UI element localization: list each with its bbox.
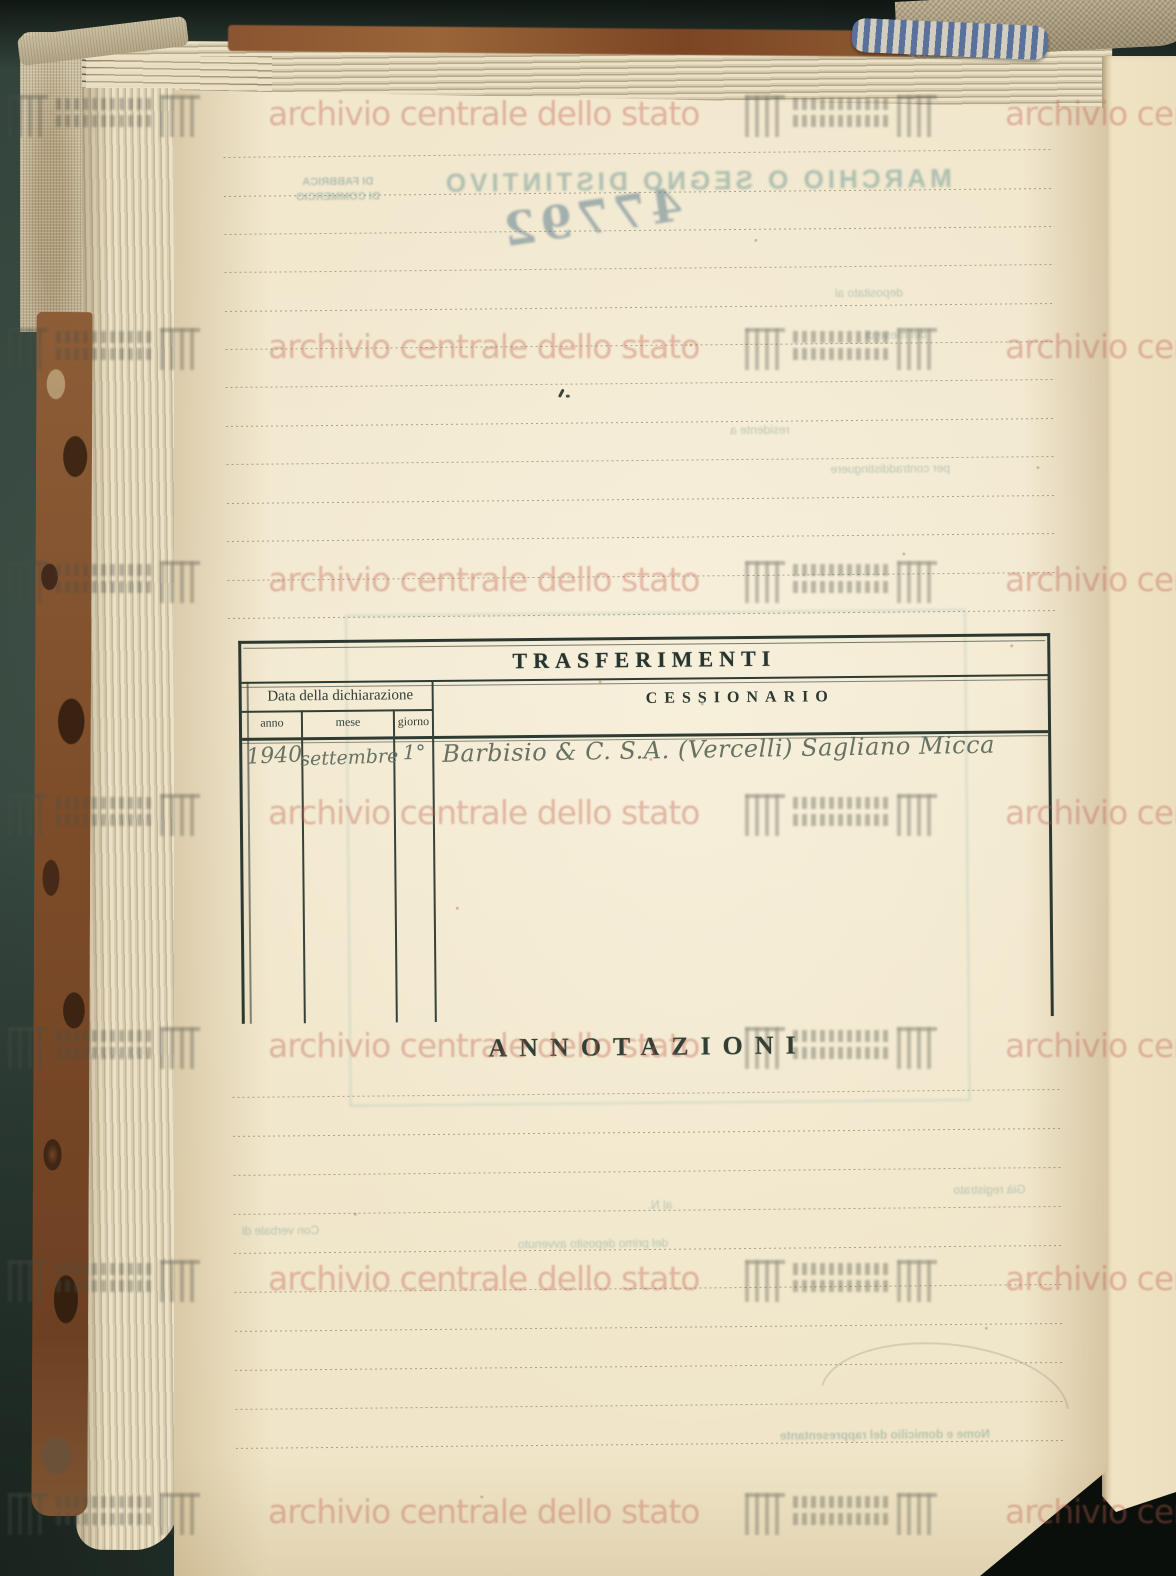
bleedthrough-label: residente a [730, 423, 790, 438]
cover-marbled-leather [31, 312, 92, 1516]
transfers-table-title: TRASFERIMENTI [241, 643, 1047, 677]
assignee-column-header: CESSIONARIO [433, 686, 1048, 710]
dotted-rule [225, 341, 1055, 351]
entry-month-handwritten: settembre [300, 745, 397, 770]
cover-cloth-corner [20, 32, 82, 332]
dotted-rule [689, 343, 692, 346]
page-content: MARCHIO O SEGNO DISTINTIVO DI FABBRICA D… [167, 80, 1115, 1576]
column-divider [432, 680, 437, 1022]
column-header-mese: mese [302, 714, 394, 730]
entry-day-handwritten: 1° [394, 740, 434, 764]
dotted-rule [224, 149, 1054, 159]
dotted-rule [227, 495, 1057, 505]
dotted-rule [225, 303, 1055, 313]
bleedthrough-subtitle: DI FABBRICA DI COMMERCIO [288, 174, 388, 205]
dotted-rule [233, 1167, 1063, 1177]
dotted-rule [235, 1323, 1065, 1333]
column-header-anno: anno [242, 715, 302, 731]
left-page-edges [76, 88, 182, 1550]
dotted-rule [227, 533, 1057, 543]
transfers-table: TRASFERIMENTI Data della dichiarazione C… [238, 633, 1054, 1024]
dotted-rule [233, 1128, 1063, 1138]
dotted-rule [902, 552, 905, 555]
dotted-rule [480, 1496, 483, 1499]
dotted-rule [985, 1327, 988, 1330]
declaration-date-header: Data della dichiarazione [248, 687, 433, 706]
column-header-giorno: giorno [394, 714, 433, 729]
archival-book-photo: MARCHIO O SEGNO DISTINTIVO DI FABBRICA D… [0, 0, 1176, 1576]
bleedthrough-label: per contraddistinguere [830, 461, 950, 476]
bleedthrough-title: MARCHIO O SEGNO DISTINTIVO [432, 163, 962, 199]
underlying-page [1102, 56, 1176, 1576]
bleedthrough-label: del primo deposito avvenuto [518, 1236, 668, 1251]
register-page: MARCHIO O SEGNO DISTINTIVO DI FABBRICA D… [174, 84, 1108, 1576]
dotted-rule [236, 1401, 1066, 1411]
bleedthrough-label: Nome e domicilio del rappresentante [780, 1427, 990, 1443]
bleedthrough-label: del mese di [865, 327, 927, 342]
dotted-rule [236, 1440, 1066, 1450]
bleedthrough-label: depositato al [835, 285, 903, 300]
dotted-rule [225, 264, 1055, 274]
entry-year-handwritten: 1940 [246, 742, 303, 769]
bleedthrough-label: Con verbale di [242, 1223, 320, 1238]
dotted-rule [226, 418, 1056, 428]
bleedthrough-label: Già registrato [953, 1182, 1025, 1197]
dotted-rule [354, 1213, 357, 1216]
dotted-rule [754, 239, 757, 242]
dotted-rule [1037, 466, 1040, 469]
dotted-rule [226, 379, 1056, 389]
table-rule [242, 709, 433, 712]
bleedthrough-label: al N. [648, 1198, 673, 1212]
bleedthrough-subtitle-line1: DI FABBRICA [302, 176, 373, 189]
table-inner-rule [247, 682, 252, 1024]
dotted-rule [228, 572, 1058, 582]
ink-blot [558, 389, 570, 401]
dotted-rule [234, 1284, 1064, 1294]
bleedthrough-subtitle-line2: DI COMMERCIO [296, 190, 380, 203]
